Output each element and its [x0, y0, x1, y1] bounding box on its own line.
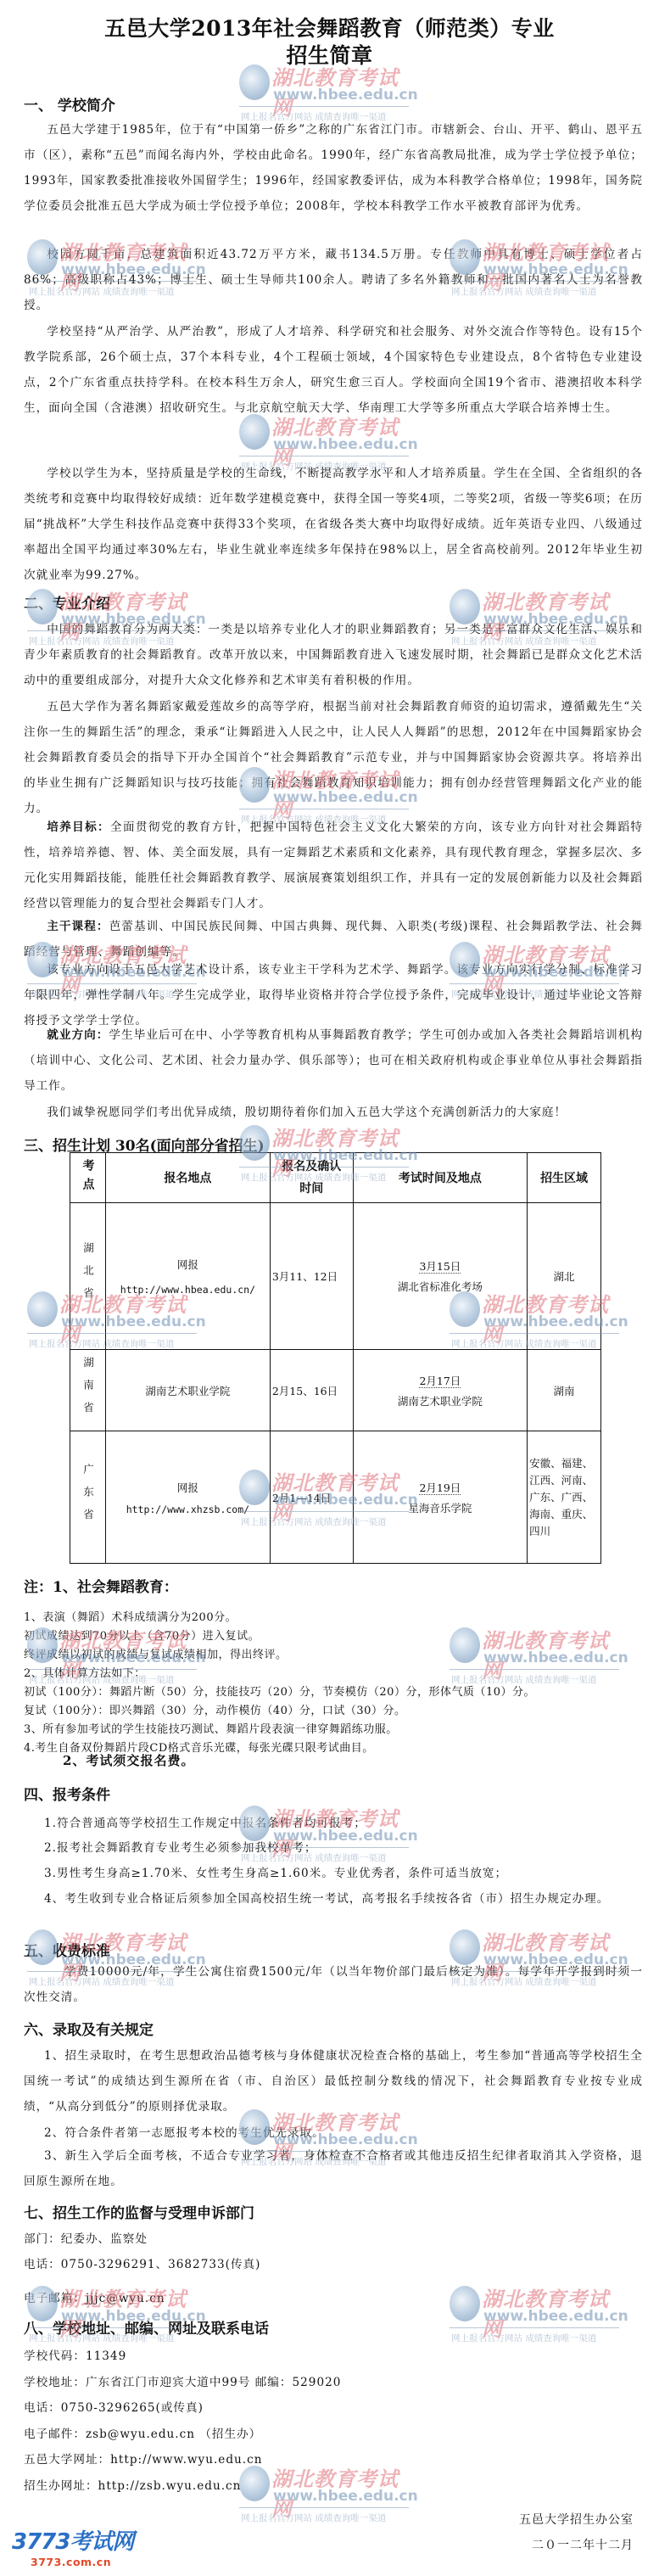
cell-reg-time: 2月1—14日	[270, 1431, 353, 1564]
globe-icon	[450, 1627, 480, 1663]
table-row: 湖南省 湖南艺术职业学院 2月15、16日 2月17日 湖南艺术职业学院 湖南	[70, 1350, 601, 1431]
footer-logo-url: 3773.com.cn	[31, 2556, 133, 2568]
paragraph-career: 就业方向：学生毕业后可在中、小学等教育机构从事舞蹈教育教学；学生可创办或加入各类…	[24, 1022, 643, 1099]
doc-title-line2: 招生简章	[0, 39, 659, 70]
cell-region: 湖北	[528, 1203, 601, 1350]
notes-heading: 注：1、社会舞蹈教育：	[24, 1575, 178, 1596]
requirement-item: 1.符合普通高等学校招生工作规定中报名条件者均可报考；	[44, 1813, 366, 1830]
document-page: 五邑大学2013年社会舞蹈教育（师范类）专业 招生简章 一、 学校简介 五邑大学…	[0, 0, 659, 2576]
globe-icon	[239, 2466, 270, 2501]
section-heading-requirements: 四、报考条件	[24, 1783, 110, 1804]
requirement-item: 4、考生收到专业合格证后须参加全国高校招生统一考试，高考报名手续按各省（市）招生…	[24, 1886, 643, 1912]
contact-email[interactable]: 电子邮件：zsb@wyu.edu.cn （招生办）	[24, 2424, 261, 2441]
note-line: 3、所有参加考试的学生技能技巧测试、舞蹈片段表演一律穿舞蹈练功服。	[24, 1720, 398, 1736]
cell-exam: 2月17日 湖南艺术职业学院	[353, 1350, 527, 1431]
header-region: 招生区域	[528, 1153, 601, 1203]
supervision-dept: 部门：纪委办、监察处	[24, 2229, 148, 2246]
signature-office: 五邑大学招生办公室	[519, 2511, 634, 2528]
note-line: 终评成绩以初试的成绩与复试成绩相加，得出终评。	[24, 1645, 288, 1661]
paragraph-closing: 我们诚挚祝愿同学们考出优异成绩，殷切期待着你们加入五邑大学这个充满创新活力的大家…	[24, 1100, 643, 1125]
cell-reg-time: 2月15、16日	[270, 1350, 353, 1431]
section-heading-fees: 五、收费标准	[24, 1939, 110, 1960]
hubei-reg-link[interactable]: http://www.hbea.edu.cn/	[106, 1284, 270, 1296]
requirement-item: 3.男性考生身高≥1.70米、女性考生身高≥1.60米。专业优秀者，条件可适当放…	[44, 1863, 507, 1880]
career-text: 学生毕业后可在中、小学等教育机构从事舞蹈教育教学；学生可创办或加入各类社会舞蹈培…	[24, 1028, 643, 1093]
header-reg-time: 报名及确认时间	[270, 1153, 353, 1203]
paragraph-intro-2: 校园方圆千亩，总建筑面积近43.72万平方米，藏书134.5万册。专任教师中具有…	[24, 242, 643, 318]
cell-reg-place: 湖南艺术职业学院	[105, 1350, 270, 1431]
goal-label: 培养目标：	[47, 820, 110, 834]
cell-reg-place: 网报 http://www.hbea.edu.cn/	[105, 1203, 270, 1350]
cell-site: 广东省	[70, 1431, 106, 1564]
paragraph-goal: 培养目标：全面贯彻党的教育方针，把握中国特色社会主义文化大繁荣的方向，该专业方向…	[24, 815, 643, 916]
watermark-logo: 湖北教育考试网www.hbee.edu.cn 网上报名官方网站 成绩查询唯一渠道	[450, 2282, 623, 2352]
admissions-website[interactable]: 招生办网址：http://zsb.wyu.edu.cn	[24, 2476, 241, 2493]
supervision-email: 电子邮箱：jjjc@wyu.cn	[24, 2288, 165, 2305]
section-heading-school-intro: 一、 学校简介	[24, 93, 115, 115]
goal-text: 全面贯彻党的教育方针，把握中国特色社会主义文化大繁荣的方向，该专业方向针对社会舞…	[24, 820, 643, 910]
globe-icon	[239, 64, 270, 100]
note-line: 2、具体计算方法如下：	[24, 1664, 146, 1680]
courses-text: 芭蕾基训、中国民族民间舞、中国古典舞、现代舞、入职类(考级)课程、社会舞蹈教学法…	[24, 920, 643, 959]
cell-region: 安徽、福建、江西、河南、广东、广西、海南、重庆、四川	[528, 1431, 601, 1564]
signature-date: 二０一二年十二月	[532, 2536, 634, 2553]
section-heading-major-intro: 二、专业介绍	[24, 591, 110, 613]
paragraph-major-1: 中国的舞蹈教育分为两大类：一类是以培养专业化人才的职业舞蹈教育；另一类是丰富群众…	[24, 617, 643, 693]
cell-reg-time: 3月11、12日	[270, 1203, 353, 1350]
courses-label: 主干课程：	[47, 920, 109, 933]
table-row: 广东省 网报 http://www.xhzsb.com/ 2月1—14日 2月1…	[70, 1431, 601, 1564]
university-website[interactable]: 五邑大学网址：http://www.wyu.edu.cn	[24, 2450, 262, 2467]
paragraph-intro-3: 学校坚持“从严治学、从严治教”，形成了人才培养、科学研究和社会服务、对外交流合作…	[24, 319, 643, 421]
enrollment-plan-table: 考点 报名地点 报名及确认时间 考试时间及地点 招生区域 湖北省 网报 http…	[70, 1152, 601, 1564]
admission-item: 3、新生入学后全面考核，不适合专业学习者，身体检查不合格者或其他违反招生纪律者取…	[24, 2143, 643, 2194]
footer-logo: 3773考试网 3773.com.cn	[12, 2524, 133, 2568]
table-header-row: 考点 报名地点 报名及确认时间 考试时间及地点 招生区域	[70, 1153, 601, 1203]
supervision-phone: 电话：0750-3296291、3682733(传真)	[24, 2254, 260, 2271]
paragraph-major-2: 五邑大学作为著名舞蹈家戴爱莲故乡的高等学府，根据当前对社会舞蹈教育师资的迫切需求…	[24, 694, 643, 821]
note-line: 1、表演（舞蹈）术科成绩满分为200分。	[24, 1608, 237, 1624]
globe-icon	[27, 1291, 58, 1327]
cell-exam: 3月15日 湖北省标准化考场	[353, 1203, 527, 1350]
admission-item: 1、招生录取时，在考生思想政治品德考核与身体健康状况检查合格的基础上，考生参加“…	[24, 2043, 643, 2120]
fee-note: 2、考试须交报名费。	[63, 1751, 194, 1769]
paragraph-intro-1: 五邑大学建于1985年，位于有“中国第一侨乡”之称的广东省江门市。市辖新会、台山…	[24, 117, 643, 219]
note-line: 初试成绩达到70分以上（含70分）进入复试。	[24, 1627, 260, 1643]
doc-title-line1: 五邑大学2013年社会舞蹈教育（师范类）专业	[0, 12, 659, 42]
section-heading-admission: 六、录取及有关规定	[24, 2018, 154, 2039]
footer-logo-text: 3773考试网	[12, 2524, 133, 2556]
note-line: 复试（100分）：即兴舞蹈（30）分，动作模仿（40）分，口试（30）分。	[24, 1701, 405, 1717]
paragraph-intro-4: 学校以学生为本，坚持质量是学校的生命线，不断提高教学水平和人才培养质量。学生在全…	[24, 461, 643, 588]
note-line: 初试（100分）：舞蹈片断（50）分，技能技巧（20）分，节奏模仿（20）分，形…	[24, 1683, 535, 1699]
contact-phone: 电话：0750-3296265(或传真)	[24, 2398, 204, 2415]
watermark-logo: 湖北教育考试网www.hbee.edu.cn 网上报名官方网站 成绩查询唯一渠道	[239, 2462, 413, 2532]
header-site: 考点	[70, 1153, 106, 1203]
cell-site: 湖南省	[70, 1350, 106, 1431]
admission-item: 2、符合条件者第一志愿报考本校的考生优先录取。	[44, 2123, 325, 2140]
career-label: 就业方向：	[47, 1028, 109, 1042]
section-heading-contact: 八、学校地址、邮编、网址及联系电话	[24, 2316, 269, 2338]
school-address: 学校地址：广东省江门市迎宾大道中99号 邮编：529020	[24, 2372, 341, 2389]
header-exam: 考试时间及地点	[353, 1153, 527, 1203]
guangdong-reg-link[interactable]: http://www.xhzsb.com/	[106, 1504, 270, 1515]
cell-reg-place: 网报 http://www.xhzsb.com/	[105, 1431, 270, 1564]
cell-region: 湖南	[528, 1350, 601, 1431]
globe-icon	[450, 2286, 480, 2321]
school-code: 学校代码：11349	[24, 2346, 126, 2363]
requirement-item: 2.报考社会舞蹈教育专业考生必须参加我校单考；	[44, 1838, 316, 1855]
header-reg-place: 报名地点	[105, 1153, 270, 1203]
cell-site: 湖北省	[70, 1203, 106, 1350]
fees-text: 学费10000元/年，学生公寓住宿费1500元/年（以当年物价部门最后核定为准）…	[24, 1959, 643, 2010]
table-row: 湖北省 网报 http://www.hbea.edu.cn/ 3月11、12日 …	[70, 1203, 601, 1350]
cell-exam: 2月19日 星海音乐学院	[353, 1431, 527, 1564]
section-heading-supervision: 七、招生工作的监督与受理申诉部门	[24, 2201, 254, 2222]
